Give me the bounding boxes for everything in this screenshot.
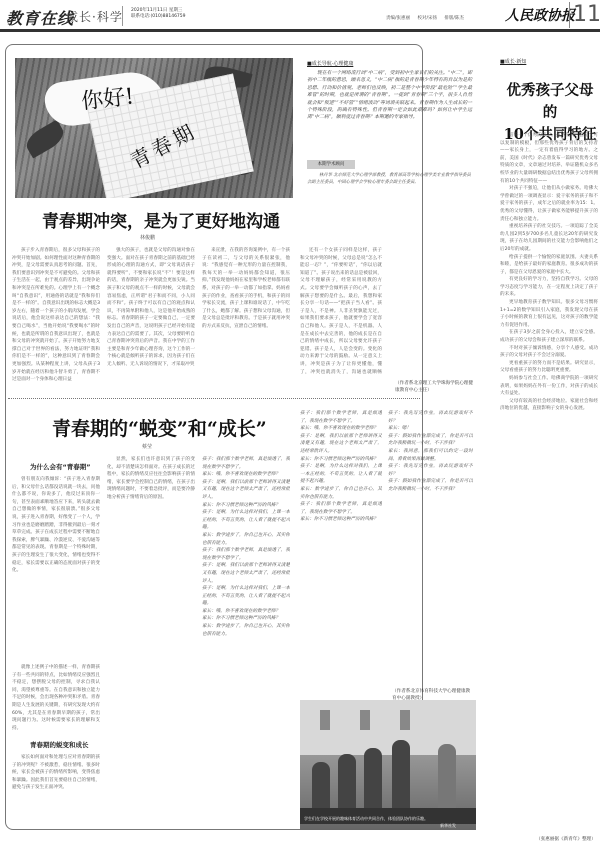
article1-col3: 来宣泄，在我的咨询案例中，有一个孩子在读初二，与父母的关系很紧张，他说：“我感觉… <box>202 247 290 394</box>
section-brand: 教育在线 <box>6 6 74 29</box>
sidebar-paragraph: 在孩子3岁之前全身心投入，建立安全感。成功孩子的父母会和孩子建立深厚的联系。 <box>500 329 598 344</box>
article1-col1: 孩子步入青春期后，很多父母和孩子的冲突开始加剧。如何理性面对这种青春期的冲突，是… <box>12 247 100 394</box>
sidebar-paragraph: 父母有较高的社会经济地位。家庭社会和经济地位的优越，直接影响子女的身心发展。 <box>500 398 598 413</box>
dialogue-line: 孩子：假如我作业都完成了，你是否可以允许我稍微玩一小时，不干涉我？ <box>388 478 473 493</box>
dialogue-line: 家长：你不习惯老师这种严厉的风格？ <box>300 516 382 524</box>
photo-caption: 学生们在学校开展的趣味体育活动中共同合作，体验团队协作的乐趣。 <box>304 816 428 822</box>
sidebar-paragraph: 有更良好的学习力，坚持自我学习。父母的学习态度与学习能力，在一定程度上决定了孩子… <box>500 276 598 299</box>
dialogue-line: 孩子：我们那个数学老师，真是烦透了，我现在数学不想学了。 <box>202 547 290 562</box>
issue-date: 2020年11月11日 星期三 联系电话:(010)88146759 <box>131 8 186 20</box>
dialogue-line: 孩子：是啊，为什么这样对我们，上课一本正经的，不苟言笑的，让人看了就提不起兴趣。 <box>300 463 382 486</box>
dialogue-line: 家长：数学进步了，你自己也开心，其实你也很有能力。 <box>202 532 290 547</box>
newspaper-logo: 人民政协报 <box>505 5 575 25</box>
dialogue-line: 家长：数学进步了，你自己也开心，其实你也很有能力。 <box>202 623 290 638</box>
dialogue-line: 孩子：我们那个数学老师，真是烦透了，我现在数学不想学了。 <box>300 410 382 425</box>
article2-dialogue-col3: 孩子：我们那个数学老师，真是烦透了，我现在数学不想学了。 家长：哦，你不喜欢现在… <box>202 456 290 826</box>
dialogue-line: 孩子：我先写完作业，再去玩游戏好不好？ <box>388 463 473 478</box>
sidebar-paragraph: 更看重孩子的努力而不是结果。研究显示，父母看重孩子的努力比聪明更重要。 <box>500 360 598 375</box>
dialogue-line: 家长：哦，你不喜欢现在的数学老师？ <box>202 471 290 479</box>
sidebar-paragraph: 不时对孩子倾诉情感，分享个人感受。成功孩子的父母对孩子不会过分溺爱。 <box>500 345 598 360</box>
sidebar-tag: ■成长·新知 <box>500 58 526 65</box>
article2-col1b: 就像上述例子中的描述一样，青春期孩子有一些共同的特点，比如情绪反应强烈且不稳定，… <box>12 664 100 734</box>
dialogue-line: 孩子：假如我作业都完成了，你是否可以允许我稍微玩一小时，不干涉我？ <box>388 433 473 448</box>
students-activity-photo: 学生们在学校开展的趣味体育活动中共同合作，体验团队协作的乐趣。 新华社发 <box>300 700 476 830</box>
sidebar-paragraph: 培养一个优秀的孩子，虽然没有一套完全可以复制的模板，但那些优秀孩子背后的支持者—… <box>500 132 598 185</box>
dialogue-line: 孩子：是啊，为什么这样对我们，上课一本正经的，不苟言笑的，让人看了就提不起兴趣。 <box>202 585 290 608</box>
sidebar-body: 培养一个优秀的孩子，虽然没有一套完全可以复制的模板，但那些优秀孩子背后的支持者—… <box>500 132 598 832</box>
dialogue-line: 孩子：我们那个数学老师，真是烦透了，我现在数学不想学了。 <box>202 456 290 471</box>
article1-byline: 林俊鹏 <box>140 234 155 241</box>
editor-credits: 责编/张惠丽 校对/宋扬 排版/陈杰 <box>386 15 464 21</box>
photo-text-hello: 你好! <box>80 79 136 115</box>
advisor-label: 本期学术顾问 <box>307 160 355 169</box>
article2-byline: 蔡莹 <box>142 443 152 450</box>
article2-headline: 青春期的“蜕变”和“成长” <box>52 414 267 441</box>
dialogue-line: 孩子：我们那个数学老师，真是烦透了，我现在数学不想学了。 <box>300 501 382 516</box>
article1-col4: 还有一个女孩子同样是这样，孩子和父母冲突的时候，父母总是说“怎么不能忍一忍？”，… <box>300 247 382 374</box>
dialogue-line: 孩子：是啊，我们以前那个老师讲得又清楚又有趣，现在这个老师太严肃了，还经常批评人… <box>202 562 290 585</box>
dialogue-line: 家长：哦，你不喜欢现在的数学老师？ <box>300 425 382 433</box>
masthead-divider <box>122 6 123 26</box>
youth-photo: 你好! 青春期 <box>15 58 293 198</box>
article1-col2: 强大的孩子，也就是父母的沟通对象在变强大。面对在孩子青春期之前的基础已经形成的心… <box>107 247 195 394</box>
phone-line: 联系电话:(010)88146759 <box>131 14 186 20</box>
masthead: 教育在线 成长·科学 2020年11月11日 星期三 联系电话:(010)881… <box>0 0 600 32</box>
article1-author-note: （作者系北京理工大学珠海学院心理健康教育中心主任） <box>395 380 475 394</box>
intro-text: 现在有一个网络流行词“中二病”，受到初中生家长们的关注。“中二”，即初中二年级的… <box>307 70 472 122</box>
dialogue-line: 家长：嗯！ <box>388 425 473 433</box>
dialogue-line: 家长：数学进步了，你自己也开心，其实你也很有能力。 <box>300 486 382 501</box>
sidebar-paragraph: 重视培养孩子的社交技巧。一项追踪了全美幼儿园2到5岁700多名儿童长达20年的研… <box>500 223 598 253</box>
sidebar-paragraph: 更早地教育孩子数学知识。很多父母习惯将1+1=2的数学知识引入家庭，我发现父母在… <box>500 299 598 329</box>
dialogue-line: 孩子：是啊，我们以前那个老师讲得又清楚又有趣，现在这个老师太严肃了，还经常批评人… <box>300 433 382 456</box>
article2-col1: 曾有朋友向我倾诉：“孩子进入青春期后，和父母什么话都没话说就一块去，问他什么都不… <box>12 476 100 662</box>
article2-subhead-2: 青春期的蜕变和成长 <box>30 740 89 749</box>
sidebar-source: （张惠丽据《新青年》整理） <box>536 836 596 842</box>
dialogue-line: 家长：你不习惯老师这种严厉的风格？ <box>202 502 290 510</box>
advisor-text: 林丹华 北京师范大学心理学部教授，教育部高等学校心理学类专业教学指导委员会副主任… <box>307 173 472 186</box>
article1-headline: 青春期冲突，是为了更好地沟通 <box>42 207 280 232</box>
sidebar-title-line1: 优秀孩子父母的 <box>500 80 600 124</box>
dialogue-line: 家长：你不习惯老师这种严厉的风格？ <box>300 456 382 464</box>
dialogue-line: 孩子：我先写完作业，再去玩游戏好不好？ <box>388 410 473 425</box>
dialogue-line: 孩子：是啊，我们以前那个老师讲得又清楚又有趣，现在这个老师太严肃了，还经常批评人… <box>202 479 290 502</box>
section-name: 成长·科学 <box>66 8 123 25</box>
intro-tag: ■成长导航·心理健康 <box>307 60 353 67</box>
dialogue-line: 家长：哦，你不喜欢现在的数学老师？ <box>202 608 290 616</box>
sidebar-paragraph: 妈妈参与社会工作。哈佛商学院的一项研究表明，如果妈妈在外有一份工作，对孩子的成长… <box>500 375 598 398</box>
photo-credit: 新华社发 <box>440 823 456 829</box>
dialogue-line: 家长：我同意，那我们可以约定一段时间，看看效果再做调整。 <box>388 448 473 463</box>
dialogue-line: 家长：你不习惯老师这种严厉的风格？ <box>202 615 290 623</box>
article2-dialogue-col4: 孩子：我们那个数学老师，真是烦透了，我现在数学不想学了。 家长：哦，你不喜欢现在… <box>300 410 382 695</box>
article2-col1c: 家长如何面对和处理与应对青春期的孩子的冲突呢？不被激惹，稳住情绪。很多时候，家长… <box>12 754 100 824</box>
sidebar-paragraph: 给孩子提供一个愉悦的家庭氛围。夫妻关系和睦，是给孩子最好的家庭教育。很多成功的孩… <box>500 254 598 277</box>
dialogue-line: 孩子：是啊，为什么这样对我们，上课一本正经的，不苟言笑的，让人看了就提不起兴趣。 <box>202 509 290 532</box>
section-divider <box>8 398 420 399</box>
sidebar-paragraph: 对孩子不强迫，让他们从小做家务。哈佛大学曾做过的一项调查显示：爱干家务的孩子和不… <box>500 185 598 223</box>
article2-subhead-1: 为什么会有“青春期” <box>30 462 91 471</box>
article2-dialogue-col5: 孩子：我先写完作业，再去玩游戏好不好？ 家长：嗯！ 孩子：假如我作业都完成了，你… <box>388 410 473 640</box>
article2-col2: 显然，家长们也许意识到了孩子的变化，却不清楚该怎样面对。在孩子成长的过程中，家长… <box>107 456 195 826</box>
page-number: 11 <box>569 2 600 28</box>
